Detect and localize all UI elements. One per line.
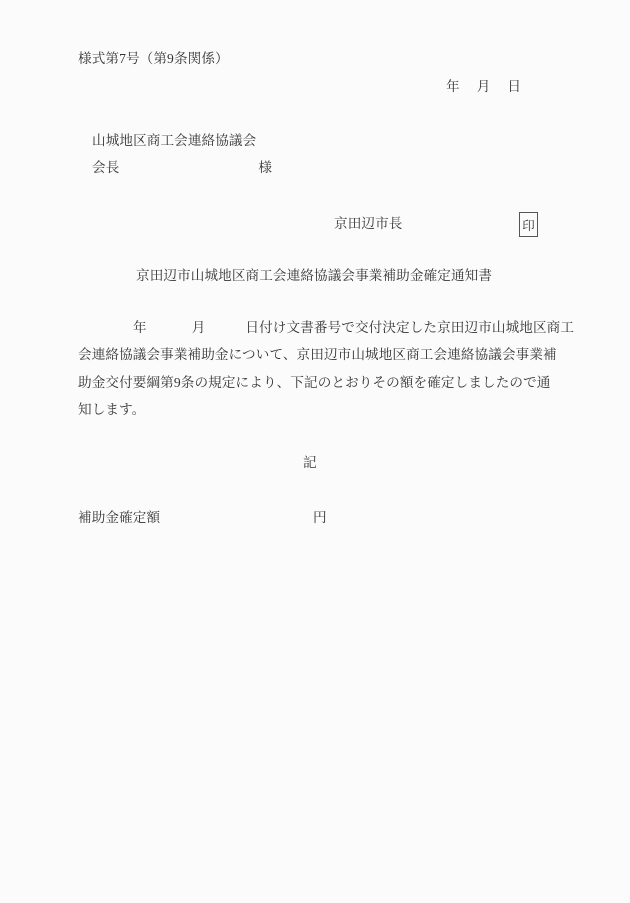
month-label: 月 xyxy=(477,79,491,95)
date-line: 年月日 xyxy=(446,79,521,95)
body-blank-year-label: 年 xyxy=(133,320,147,336)
document-page: 様式第7号（第9条関係） 年月日 山城地区商工会連絡協議会 会長様 京田辺市長 … xyxy=(0,0,630,903)
year-label: 年 xyxy=(446,79,460,94)
recipient-honorific: 様 xyxy=(258,160,272,176)
sender-name: 京田辺市長 xyxy=(334,216,402,232)
amount-unit: 円 xyxy=(313,510,327,526)
body-line-2: 会連絡協議会事業補助金について、京田辺市山城地区商工会連絡協議会事業補 xyxy=(78,347,557,363)
day-label: 日 xyxy=(507,79,521,95)
body-blank-month-label: 月 xyxy=(192,320,206,336)
recipient-title: 会長 xyxy=(92,160,119,175)
document-title: 京田辺市山城地区商工会連絡協議会事業補助金確定通知書 xyxy=(136,268,492,284)
body-line-1-text: 日付け文書番号で交付決定した京田辺市山城地区商工 xyxy=(245,320,574,336)
form-number: 様式第7号（第9条関係） xyxy=(78,51,229,67)
recipient-title-line: 会長様 xyxy=(92,160,272,176)
seal-box: 印 xyxy=(519,212,538,237)
amount-label: 補助金確定額 xyxy=(78,510,160,526)
body-line-4: 知します。 xyxy=(78,402,145,418)
seal-label: 印 xyxy=(522,216,535,234)
body-line-3: 助金交付要綱第9条の規定により、下記のとおりその額を確定しましたので通 xyxy=(78,375,550,391)
ki-marker: 記 xyxy=(303,455,317,471)
recipient-organization: 山城地区商工会連絡協議会 xyxy=(92,133,256,149)
body-line-1: 年月日付け文書番号で交付決定した京田辺市山城地区商工 xyxy=(78,320,574,336)
